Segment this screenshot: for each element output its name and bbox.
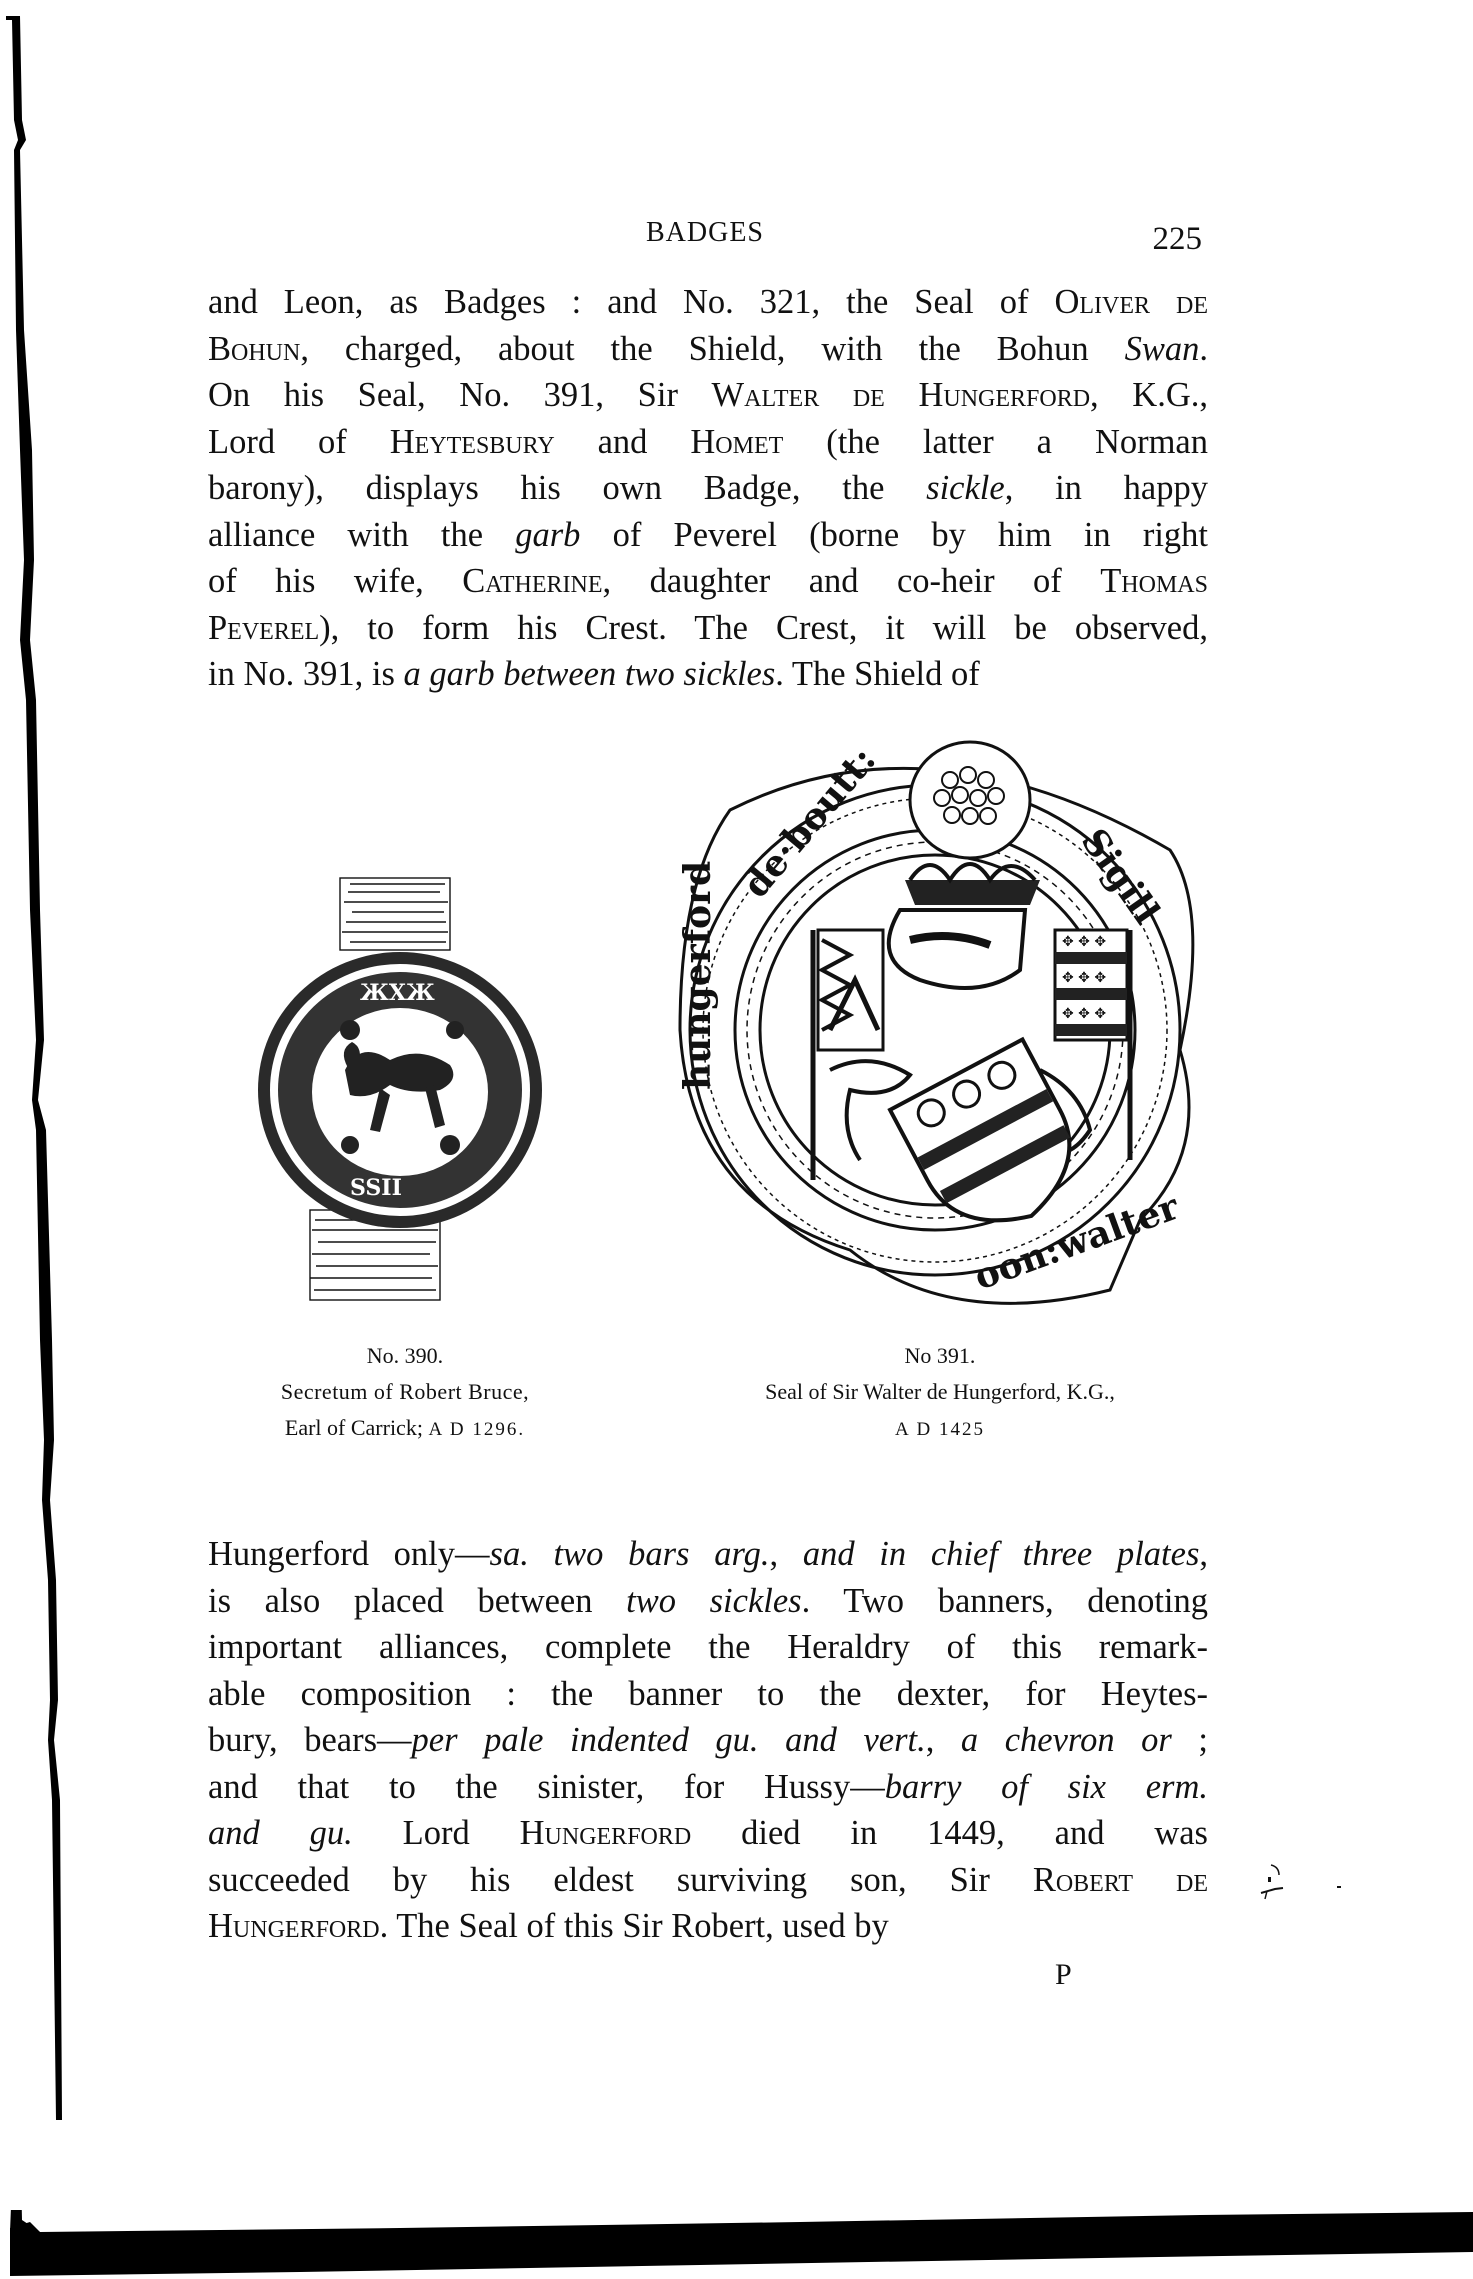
text-line: On his Seal, No. 391, Sir Walter de Hung…: [208, 372, 1208, 419]
text-line: and that to the sinister, for Hussy—barr…: [208, 1764, 1208, 1811]
text-run: Hungerford only—: [208, 1535, 490, 1573]
caption-date: A D 1425: [895, 1419, 985, 1440]
scan-bottom-edge: [0, 2210, 1473, 2279]
svg-text:✥ ✥ ✥: ✥ ✥ ✥: [1062, 934, 1106, 950]
italic-run: a garb between two sickles: [404, 655, 776, 693]
text-run: , in happy: [1005, 469, 1208, 507]
text-line: alliance with the garb of Peverel (borne…: [208, 512, 1208, 559]
small-caps-run: Bohun: [208, 330, 300, 368]
text-line: important alliances, complete the Herald…: [208, 1624, 1208, 1671]
small-caps-run: Oliver de: [1054, 283, 1208, 321]
text-line: Peverel), to form his Crest. The Crest, …: [208, 605, 1208, 652]
caption-line: A D 1425: [680, 1410, 1200, 1448]
text-line: able composition : the banner to the dex…: [208, 1671, 1208, 1718]
small-caps-run: Thomas: [1100, 562, 1208, 600]
small-caps-run: Robert de: [1033, 1861, 1208, 1899]
text-run: ;: [1172, 1721, 1208, 1759]
text-line: barony), displays his own Badge, the sic…: [208, 465, 1208, 512]
text-line: and Leon, as Badges : and No. 321, the S…: [208, 279, 1208, 326]
text-run: of Peverel (borne by him in right: [580, 516, 1208, 554]
text-line: is also placed between two sickles. Two …: [208, 1578, 1208, 1625]
small-caps-run: Peverel: [208, 609, 319, 647]
text-run: . Two banners, denoting: [802, 1582, 1208, 1620]
figure-390-caption: No. 390. Secretum of Robert Bruce, Earl …: [250, 1338, 560, 1448]
caption-text: Earl of Carrick;: [285, 1415, 429, 1440]
text-run: died in 1449, and was: [691, 1814, 1208, 1852]
upper-paragraph: and Leon, as Badges : and No. 321, the S…: [208, 279, 1208, 698]
text-run: in No. 391, is: [208, 655, 404, 693]
small-caps-run: Homet: [690, 423, 783, 461]
signature-mark: P: [1055, 1958, 1072, 1992]
text-line: bury, bears—per pale indented gu. and ve…: [208, 1717, 1208, 1764]
seal-robert-bruce-illustration: ЖXЖ SSII: [240, 870, 570, 1310]
svg-text:✥ ✥ ✥: ✥ ✥ ✥: [1062, 970, 1106, 986]
caption-date: A D 1296.: [428, 1419, 525, 1440]
italic-run: per pale indented gu. and vert.: [412, 1721, 926, 1759]
text-line: succeeded by his eldest surviving son, S…: [208, 1857, 1208, 1904]
text-run: ,: [926, 1721, 961, 1759]
small-caps-run: Hungerford: [208, 1907, 380, 1945]
svg-text:hungerford: hungerford: [677, 861, 719, 1090]
italic-run: garb: [515, 516, 580, 554]
text-line: Hungerford. The Seal of this Sir Robert,…: [208, 1903, 1208, 1950]
text-run: Lord of: [208, 423, 390, 461]
text-line: in No. 391, is a garb between two sickle…: [208, 651, 1208, 698]
figure-391-caption: No 391. Seal of Sir Walter de Hungerford…: [680, 1338, 1200, 1448]
italic-run: barry of six erm.: [885, 1768, 1208, 1806]
small-caps-run: Heytesbury: [390, 423, 555, 461]
text-run: , daughter and co-heir of: [603, 562, 1101, 600]
svg-text:✥ ✥ ✥: ✥ ✥ ✥: [1062, 1006, 1106, 1022]
text-run: is also placed between: [208, 1582, 626, 1620]
svg-text:ЖXЖ: ЖXЖ: [360, 980, 435, 1006]
running-head: BADGES: [200, 217, 1210, 249]
text-run: ), to form his Crest. The Crest, it will…: [319, 609, 1208, 647]
text-line: Lord of Heytesbury and Homet (the latter…: [208, 419, 1208, 466]
text-line: of his wife, Catherine, daughter and co-…: [208, 558, 1208, 605]
text-run: (the latter a Norman: [783, 423, 1208, 461]
italic-run: two sickles: [626, 1582, 801, 1620]
stray-scan-mark: [1255, 1855, 1355, 1915]
text-run: alliance with the: [208, 516, 515, 554]
italic-run: sa. two bars arg.: [490, 1535, 770, 1573]
text-run: succeeded by his eldest surviving son, S…: [208, 1861, 1033, 1899]
figures-area: ЖXЖ SSII de·boutt: Sigill hungerford oon…: [0, 730, 1473, 1350]
text-run: and: [555, 423, 691, 461]
caption-line: Earl of Carrick; A D 1296.: [250, 1410, 560, 1448]
italic-run: and in chief three plates: [803, 1535, 1200, 1573]
caption-line: Seal of Sir Walter de Hungerford, K.G.,: [680, 1374, 1200, 1410]
italic-run: sickle: [926, 469, 1005, 507]
small-caps-run: Hungerford: [520, 1814, 692, 1852]
text-run: able composition : the banner to the dex…: [208, 1675, 1208, 1713]
text-run: . The Seal of this Sir Robert, used by: [380, 1907, 889, 1945]
text-run: Lord: [353, 1814, 520, 1852]
text-run: bury, bears—: [208, 1721, 412, 1759]
italic-run: a chevron or: [961, 1721, 1172, 1759]
text-run: On his Seal, No. 391, Sir: [208, 376, 712, 414]
text-run: , K.G.,: [1090, 376, 1208, 414]
text-run: important alliances, complete the Herald…: [208, 1628, 1208, 1666]
text-run: and that to the sinister, for Hussy—: [208, 1768, 885, 1806]
page-number: 225: [1153, 221, 1203, 258]
text-run: .: [1199, 330, 1208, 368]
italic-run: Swan: [1125, 330, 1200, 368]
text-line: Hungerford only—sa. two bars arg., and i…: [208, 1531, 1208, 1578]
seal-walter-de-hungerford-illustration: de·boutt: Sigill hungerford oon:walter: [650, 730, 1210, 1320]
book-page: BADGES 225 and Leon, as Badges : and No.…: [0, 0, 1473, 2279]
text-run: of his wife,: [208, 562, 462, 600]
small-caps-run: Catherine: [462, 562, 602, 600]
text-line: Bohun, charged, about the Shield, with t…: [208, 326, 1208, 373]
text-run: ,: [1199, 1535, 1208, 1573]
text-run: barony), displays his own Badge, the: [208, 469, 926, 507]
text-line: and gu. Lord Hungerford died in 1449, an…: [208, 1810, 1208, 1857]
lower-paragraph: Hungerford only—sa. two bars arg., and i…: [208, 1531, 1208, 1950]
svg-text:SSII: SSII: [350, 1175, 402, 1201]
text-run: . The Shield of: [775, 655, 979, 693]
small-caps-run: Walter de Hungerford: [712, 376, 1091, 414]
svg-text:de·boutt:: de·boutt:: [735, 739, 884, 906]
text-run: and Leon, as Badges : and No. 321, the S…: [208, 283, 1054, 321]
text-run: ,: [769, 1535, 802, 1573]
italic-run: and gu.: [208, 1814, 353, 1852]
svg-text:Sigill: Sigill: [1073, 821, 1168, 932]
figure-number: No. 390.: [250, 1338, 560, 1374]
caption-line: Secretum of Robert Bruce,: [250, 1374, 560, 1410]
page-header: BADGES 225: [200, 207, 1210, 257]
figure-number: No 391.: [680, 1338, 1200, 1374]
text-run: , charged, about the Shield, with the Bo…: [300, 330, 1124, 368]
